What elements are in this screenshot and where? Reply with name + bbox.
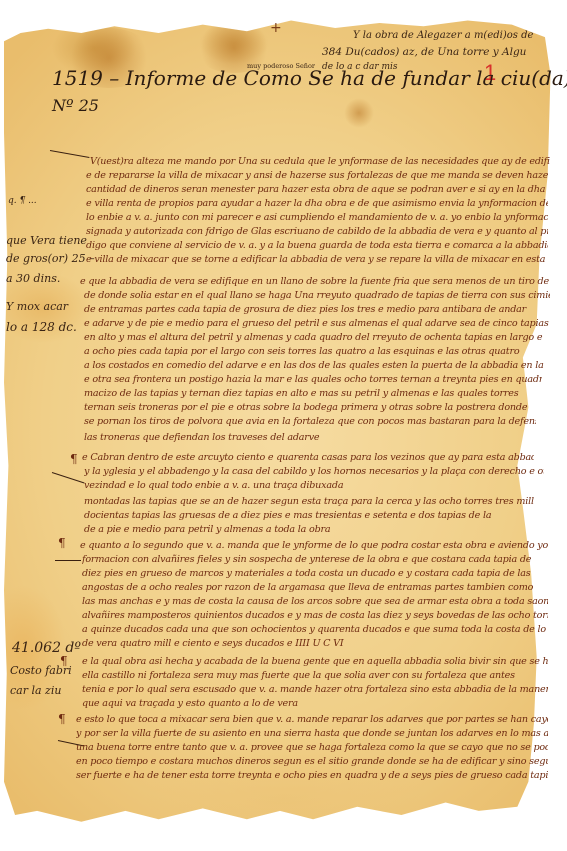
margin-note: a 30 dins. <box>6 272 60 285</box>
body-line: a los costados en comedio del adarve e e… <box>84 360 546 372</box>
body-line: que aqui va traçada y esto quanto a lo d… <box>82 698 382 710</box>
body-line: las mas anchas e y mas de costa la causa… <box>82 596 548 608</box>
body-line: en alto y mas el altura del petril y alm… <box>84 332 550 344</box>
body-line: tenia e por lo qual sera escusado que v.… <box>82 684 548 696</box>
body-line: de donde solia estar en el qual llano se… <box>84 290 550 302</box>
cross-mark: + <box>270 20 282 36</box>
body-line: de vera quatro mill e ciento e seys duca… <box>82 638 412 650</box>
body-line: vezindad e lo qual todo enbie a v. a. un… <box>84 480 404 492</box>
body-line: una buena torre entre tanto que v. a. pr… <box>76 742 548 754</box>
body-line: digo que conviene al servicio de v. a. y… <box>86 240 548 252</box>
body-line: V(uest)ra alteza me mando por Una su ced… <box>90 156 550 168</box>
body-line: a quinze ducados cada una que son ochoci… <box>82 624 548 636</box>
margin-note: car la ziu <box>10 684 61 697</box>
margin-note: lo a 128 dc. <box>6 320 77 334</box>
body-line: docientas tapias las gruesas de a diez p… <box>84 510 548 522</box>
body-line: lo enbie a v. a. junto con mi parecer e … <box>86 212 548 224</box>
body-line: ser fuerte e ha de tener esta torre trey… <box>76 770 548 782</box>
body-line: e quanto a lo segundo que v. a. manda qu… <box>80 540 548 552</box>
pen-flourish <box>55 560 81 561</box>
body-line: e otra sea frontera un postigo hazia la … <box>84 374 542 386</box>
margin-note: Y mox acar <box>6 300 68 313</box>
body-line: e adarve y de pie e medio para el grueso… <box>84 318 550 330</box>
body-line: angostas de a ocho reales por razon de l… <box>82 582 548 594</box>
margin-note: que Vera tiene <box>6 234 87 247</box>
body-line: a ocho pies cada tapia por el largo con … <box>84 346 548 358</box>
body-line: diez pies en grueso de marcos y material… <box>82 568 548 580</box>
top-note-line-2: 384 Du(cados) az, de Una torre y Algu <box>322 46 526 58</box>
top-note-line-1: Y la obra de Alegazer a m(edi)os de <box>353 30 533 41</box>
body-line: cantidad de dineros seran menester para … <box>86 184 548 196</box>
paragraph-mark: ¶ <box>58 712 66 726</box>
body-line: macizo de las tapias y ternan diez tapia… <box>84 388 540 400</box>
paragraph-mark: ¶ <box>70 452 78 466</box>
body-line: e villa de mixacar que se torne a edific… <box>86 254 548 266</box>
folio-number: Nº 25 <box>52 96 99 115</box>
body-line: e villa renta de propios para ayudar a h… <box>86 198 548 210</box>
body-line: signada y autorizada con fdrigo de Glas … <box>86 226 548 238</box>
water-stain <box>344 98 374 128</box>
body-line: de a pie e medio para petril y almenas a… <box>84 524 384 536</box>
body-line: y por ser la villa fuerte de su asiento … <box>76 728 548 740</box>
body-line: y la yglesia y el abbadengo y la casa de… <box>84 466 544 478</box>
margin-note: 41.062 dº <box>12 640 81 656</box>
body-line: alvañires mamposteros quinientos ducados… <box>82 610 548 622</box>
body-line: e que la abbadia de vera se edifique en … <box>80 276 550 288</box>
body-line: e esto lo que toca a mixacar sera bien q… <box>76 714 548 726</box>
body-line: montadas las tapias que se an de hazer s… <box>84 496 546 508</box>
body-line: e Cabran dentro de este arcuyto ciento e… <box>82 452 534 464</box>
body-line: se pornan los tiros de polvora que avia … <box>84 416 536 428</box>
body-line: ella castillo ni fortaleza sera muy mas … <box>82 670 548 682</box>
margin-note: de gros(or) 25 – <box>6 252 95 265</box>
body-line: ternan seis troneras por el pie e otras … <box>84 402 538 414</box>
body-line: formacion con alvañires fieles y sin sos… <box>82 554 548 566</box>
paragraph-mark: ¶ <box>60 654 68 668</box>
paragraph-mark: ¶ <box>58 536 66 550</box>
body-line: en poco tiempo e costara muchos dineros … <box>76 756 548 768</box>
page-title: 1519 – Informe de Como Se ha de fundar l… <box>52 66 567 90</box>
body-line: de entramas partes cada tapia de grosura… <box>84 304 550 316</box>
body-line: las troneras que defiendan los traveses … <box>84 432 384 444</box>
margin-signature: q. ¶ ... <box>8 196 37 206</box>
body-line: e de repararse la villa de mixacar y ans… <box>86 170 548 182</box>
body-line: e la qual obra asi hecha y acabada de la… <box>82 656 548 668</box>
